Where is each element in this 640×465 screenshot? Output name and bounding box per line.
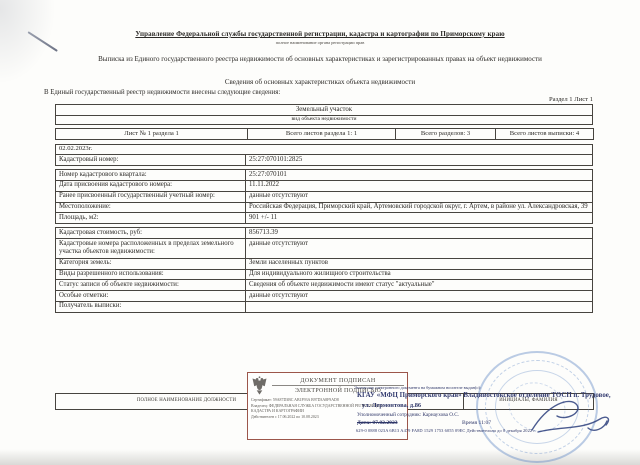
document-page: Управление Федеральной службы государств… — [0, 0, 640, 465]
section-title: Сведения об основных характеристиках объ… — [0, 78, 640, 86]
main-attributes-table: Номер кадастрового квартала: 25:27:07010… — [55, 169, 593, 224]
attr-label: Дата присвоения кадастрового номера: — [56, 180, 246, 191]
attr-value: 901 +/- 11 — [246, 213, 593, 224]
attr-label: Кадастровые номера расположенных в преде… — [56, 239, 246, 259]
issue-officer: Уполномоченный сотрудник: Карнаухова О.С… — [357, 412, 459, 418]
object-type-caption: вид объекта недвижимости — [56, 115, 593, 124]
attr-label: Кадастровый номер: — [56, 155, 246, 166]
extract-date: 02.02.2023г. — [56, 144, 593, 155]
attr-value: Земли населенных пунктов — [246, 258, 593, 269]
issue-address: ул. Лермонтова, д.86 — [362, 402, 421, 409]
sheet-info-table: Лист № 1 раздела 1 Всего листов раздела … — [55, 128, 594, 140]
attr-value — [246, 301, 593, 312]
attr-value: данные отсутствуют — [246, 239, 593, 259]
issue-caption: Экземпляр электронного документа на бума… — [354, 385, 481, 390]
attr-value: 25:27:070101:2825 — [246, 155, 593, 166]
attr-label: Получатель выписки: — [56, 301, 246, 312]
authority-caption: полное наименование органа регистрации п… — [0, 40, 640, 45]
attr-value: 856713.39 — [246, 228, 593, 239]
issue-code: 629-0 0888 023A 6B13 A479 FA8D 1529 1753… — [356, 428, 536, 433]
attr-label: Площадь, м2: — [56, 213, 246, 224]
esign-title-line1: ДОКУМЕНТ ПОДПИСАН — [272, 378, 404, 384]
attr-value: Для индивидуального жилищного строительс… — [246, 269, 593, 280]
attr-value: данные отсутствуют — [246, 291, 593, 302]
handwritten-signature — [520, 392, 620, 440]
document-title: Выписка из Единого государственного реес… — [0, 55, 640, 63]
attr-label: Кадастровая стоимость, руб: — [56, 228, 246, 239]
sheet-info-cell: Лист № 1 раздела 1 — [56, 129, 248, 140]
date-and-cadnumber-table: 02.02.2023г. Кадастровый номер: 25:27:07… — [55, 144, 593, 166]
secondary-attributes-table: Кадастровая стоимость, руб: 856713.39 Ка… — [55, 227, 593, 313]
section-sheet-label: Раздел 1 Лист 1 — [0, 96, 593, 103]
authority-title: Управление Федеральной службы государств… — [0, 30, 640, 38]
object-type: Земельный участок — [56, 105, 593, 116]
sheet-info-cell: Всего листов выписки: 4 — [496, 129, 594, 140]
attr-value: Российская Федерация, Приморский край, А… — [246, 202, 593, 213]
attr-label: Виды разрешенного использования: — [56, 269, 246, 280]
sheet-info-cell: Всего разделов: 3 — [396, 129, 496, 140]
attr-label: Ранее присвоенный государственный учетны… — [56, 191, 246, 202]
sheet-info-cell: Всего листов раздела 1: 1 — [248, 129, 396, 140]
attr-label: Особые отметки: — [56, 291, 246, 302]
attr-value: Сведения об объекте недвижимости имеют с… — [246, 280, 593, 291]
attr-label: Статус записи об объекте недвижимости: — [56, 280, 246, 291]
attr-label: Категория земель: — [56, 258, 246, 269]
issue-date: Дата: 07.02.2023 — [357, 420, 398, 426]
registry-tables: Земельный участок вид объекта недвижимос… — [55, 104, 593, 316]
attr-value: 11.11.2022 — [246, 180, 593, 191]
object-type-table: Земельный участок вид объекта недвижимос… — [55, 104, 593, 125]
attr-label: Номер кадастрового квартала: — [56, 170, 246, 181]
attr-value: данные отсутствуют — [246, 191, 593, 202]
intro-line: В Единый государственный реестр недвижим… — [44, 89, 280, 96]
attr-label: Местоположение: — [56, 202, 246, 213]
attr-value: 25:27:070101 — [246, 170, 593, 181]
coat-of-arms-icon — [251, 375, 268, 396]
issue-time: Время 11:07 — [462, 420, 491, 426]
